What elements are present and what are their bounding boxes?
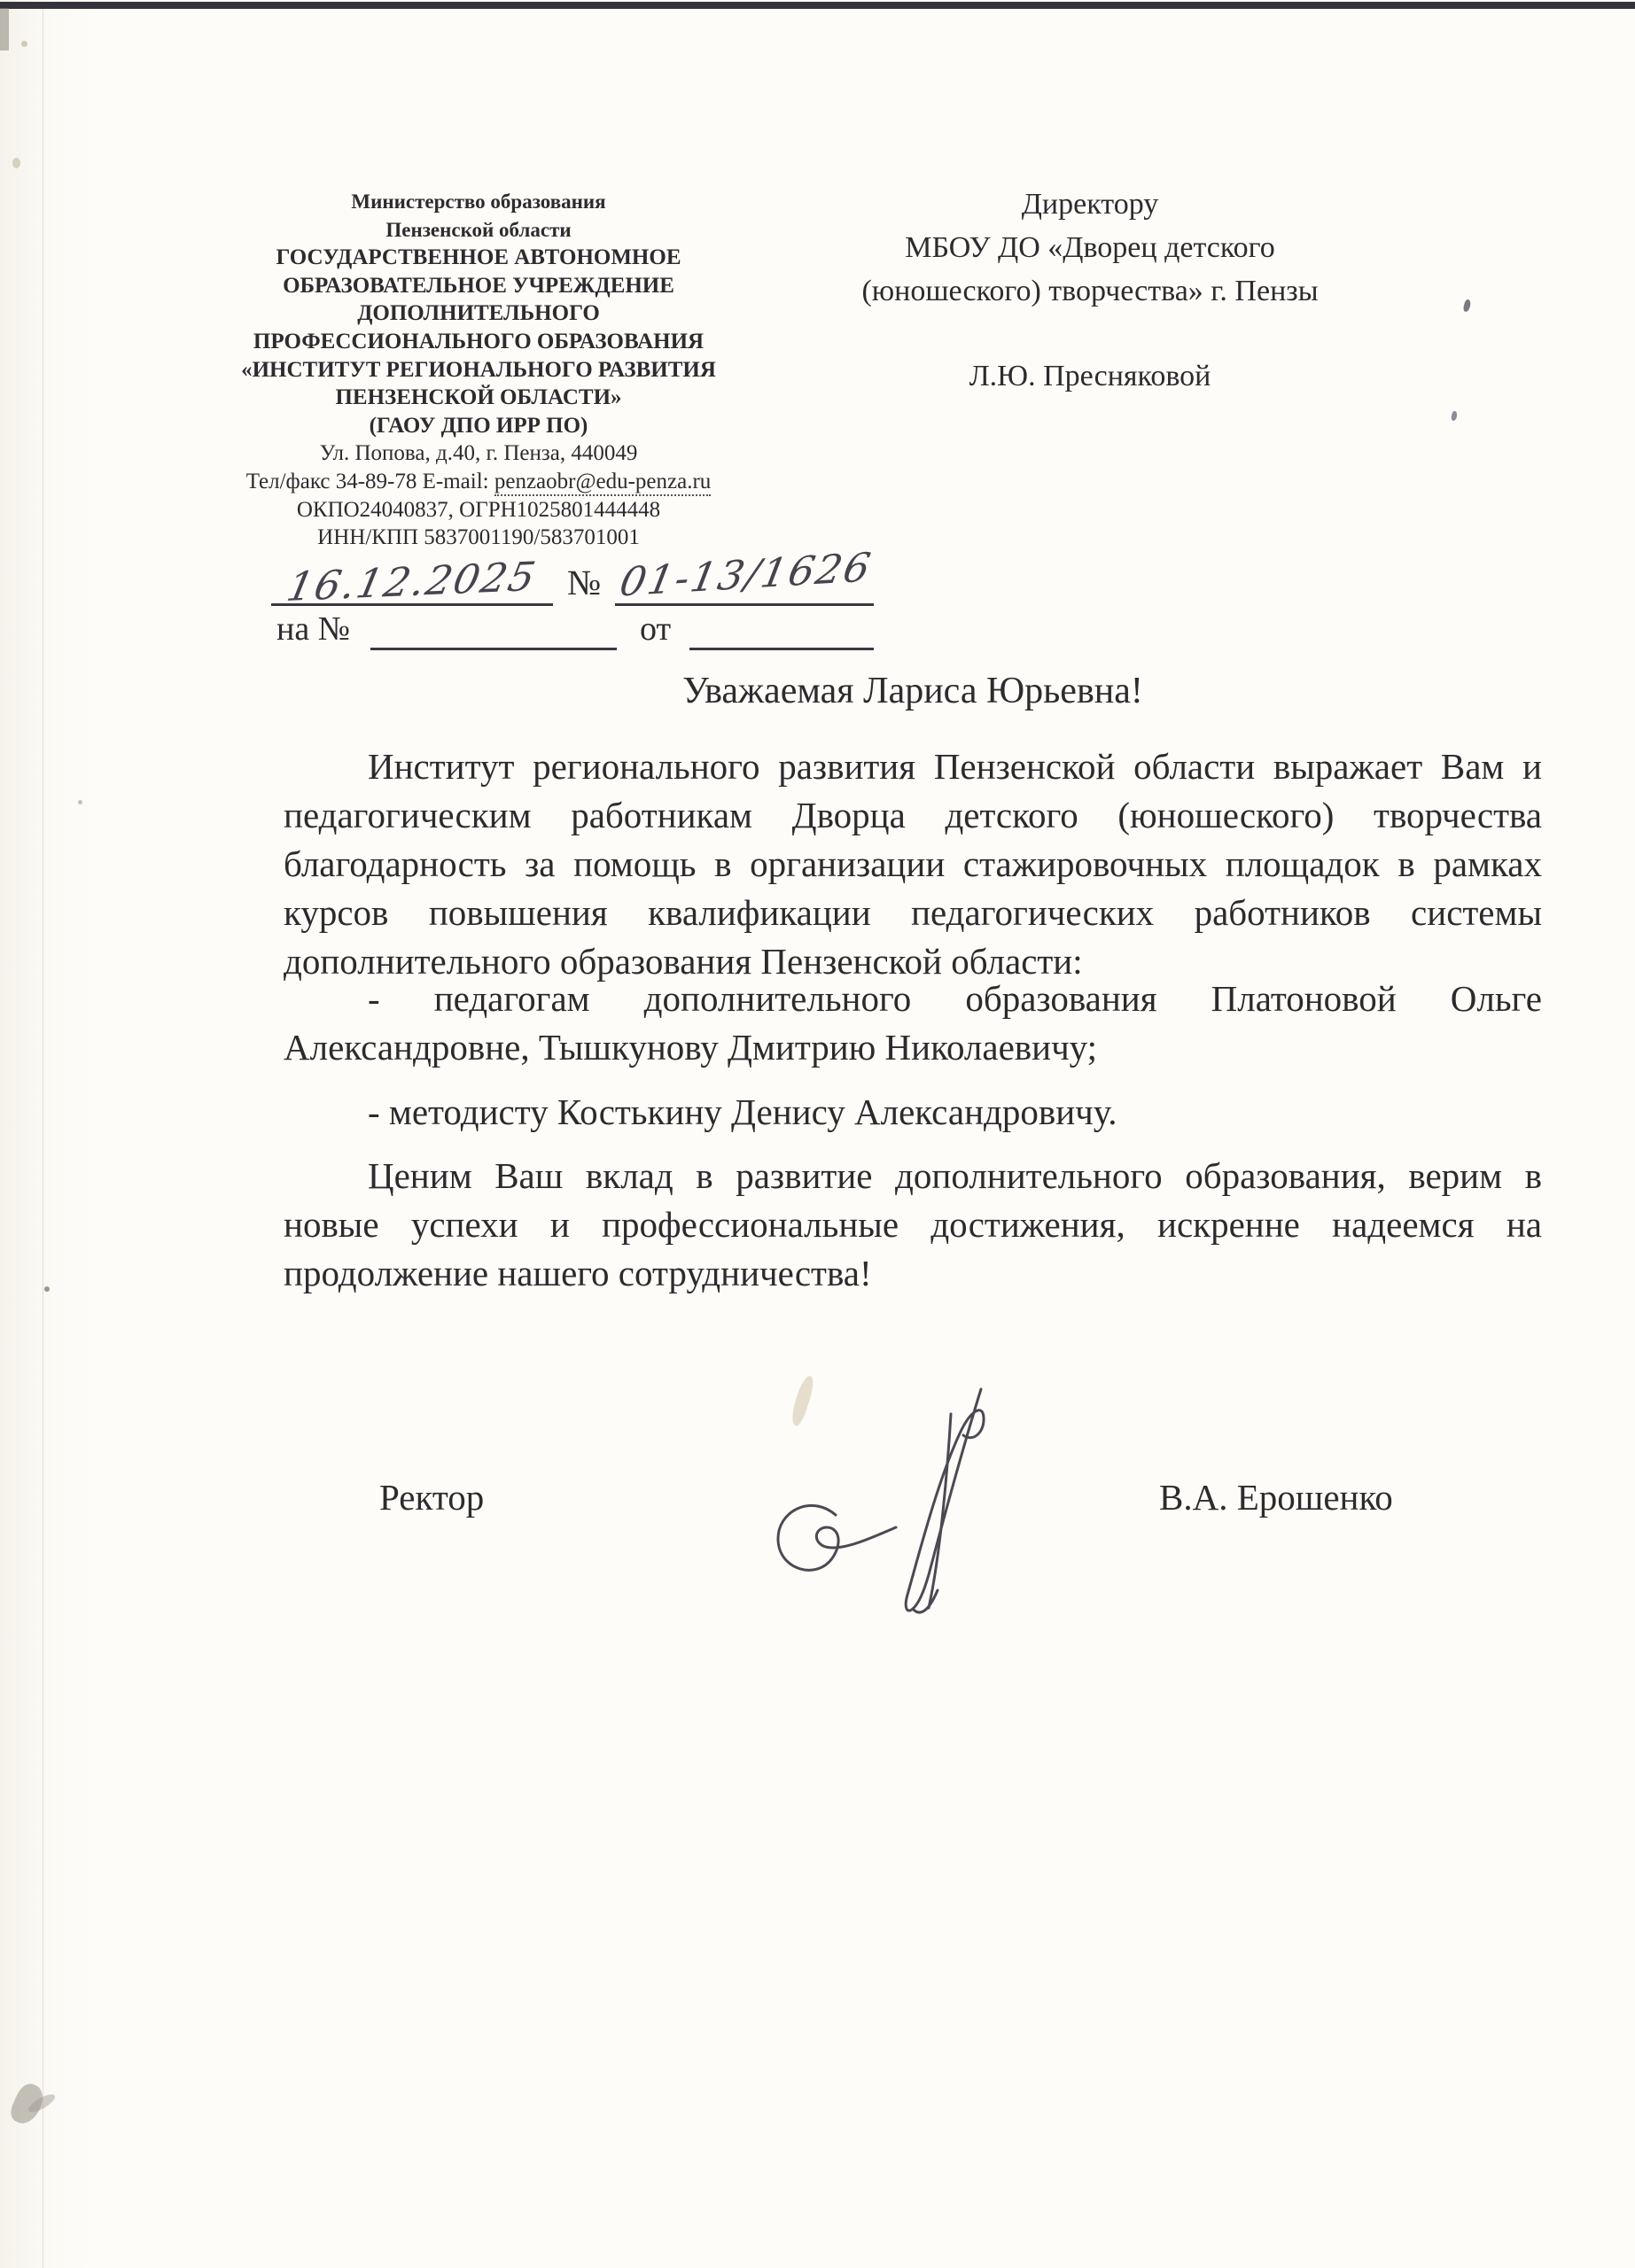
scan-speckle: [1451, 410, 1458, 421]
letterhead-line: Пензенской области: [186, 216, 771, 245]
handwritten-number: 01-13/1626: [616, 544, 876, 606]
addressee-line: МБОУ ДО «Дворец детского: [824, 226, 1356, 269]
body-line: Ценим Ваш вклад в развитие дополнительно…: [284, 1152, 1542, 1200]
blank-underline: [615, 603, 874, 606]
letterhead-line: ПЕНЗЕНСКОЙ ОБЛАСТИ»: [186, 384, 771, 412]
addressee-block: Директору МБОУ ДО «Дворец детского (юнош…: [824, 183, 1356, 398]
letterhead-phone: Тел/факс 34-89-78 E-mail:: [246, 470, 494, 493]
blank-underline: [271, 603, 553, 606]
body-line: Институт регионального развития Пензенск…: [284, 742, 1542, 791]
incoming-number-label: на №: [276, 610, 350, 649]
body-paragraph-1: Институт регионального развития Пензенск…: [284, 742, 1542, 986]
scan-speckle: [78, 800, 82, 804]
scan-speckle: [12, 158, 20, 168]
addressee-line: Директору: [824, 183, 1356, 226]
addressee-line: (юношеского) творчества» г. Пензы: [824, 269, 1356, 313]
letterhead: Министерство образования Пензенской обла…: [186, 188, 771, 552]
signer-name: В.А. Ерошенко: [1159, 1476, 1393, 1518]
handwritten-date: 16.12.2025: [283, 553, 541, 610]
body-line: - педагогам дополнительного образования …: [284, 975, 1542, 1023]
body-line: Александровне, Тышкунову Дмитрию Николае…: [284, 1023, 1542, 1072]
signer-role: Ректор: [379, 1476, 484, 1518]
letterhead-email: penzaobr@edu-penza.ru: [494, 470, 711, 496]
scan-corner-artifact: [0, 8, 9, 50]
from-label: от: [640, 610, 671, 649]
body-line: продолжение нашего сотрудничества!: [284, 1249, 1542, 1298]
letterhead-address: Ул. Попова, д.40, г. Пенза, 440049: [186, 439, 771, 468]
salutation: Уважаемая Лариса Юрьевна!: [284, 670, 1542, 712]
scan-edge-artifact: [0, 2, 1635, 9]
body-paragraph-4: Ценим Ваш вклад в развитие дополнительно…: [284, 1152, 1542, 1298]
scan-speckle: [44, 1286, 50, 1292]
body-line: новые успехи и профессиональные достижен…: [284, 1200, 1542, 1249]
addressee-name: Л.Ю. Пресняковой: [824, 354, 1356, 398]
blank-underline: [689, 648, 874, 650]
letterhead-line: ГОСУДАРСТВЕННОЕ АВТОНОМНОЕ: [186, 244, 771, 272]
body-line: благодарность за помощь в организации ст…: [284, 840, 1542, 889]
letterhead-codes: ОКПО24040837, ОГРН1025801444448: [186, 496, 771, 524]
letterhead-line: ПРОФЕССИОНАЛЬНОГО ОБРАЗОВАНИЯ: [186, 328, 771, 356]
body-paragraph-2: - педагогам дополнительного образования …: [284, 975, 1542, 1072]
number-sign: №: [567, 562, 601, 603]
scan-speckle: [21, 41, 27, 47]
scan-line-artifact: [43, 9, 43, 2268]
letterhead-line: ОБРАЗОВАТЕЛЬНОЕ УЧРЕЖДЕНИЕ: [186, 272, 771, 300]
body-paragraph-3: - методисту Костькину Денису Александров…: [284, 1088, 1542, 1137]
letterhead-line: Министерство образования: [186, 188, 771, 216]
body-line: - методисту Костькину Денису Александров…: [284, 1088, 1542, 1137]
letterhead-contacts: Тел/факс 34-89-78 E-mail: penzaobr@edu-p…: [186, 468, 771, 496]
letterhead-codes: ИНН/КПП 5837001190/583701001: [186, 524, 771, 552]
scan-speckle: [1462, 299, 1472, 312]
letterhead-line: (ГАОУ ДПО ИРР ПО): [186, 412, 771, 440]
letterhead-line: ДОПОЛНИТЕЛЬНОГО: [186, 299, 771, 328]
letterhead-line: «ИНСТИТУТ РЕГИОНАЛЬНОГО РАЗВИТИЯ: [186, 356, 771, 384]
scanned-letter-page: Министерство образования Пензенской обла…: [0, 0, 1635, 2268]
blank-underline: [370, 648, 617, 650]
body-line: педагогическим работникам Дворца детског…: [284, 791, 1542, 840]
body-line: курсов повышения квалификации педагогиче…: [284, 889, 1542, 937]
handwritten-signature: [749, 1363, 1086, 1628]
